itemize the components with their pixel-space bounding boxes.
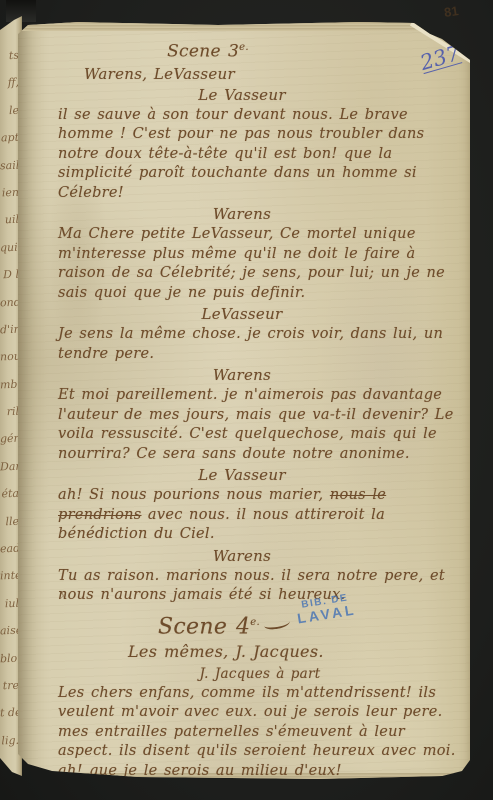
scene3-heading: Scene 3e. bbox=[6, 37, 410, 63]
dialogue-speech: Tu as raison. marions nous. il sera notr… bbox=[58, 567, 462, 606]
dialogue-speech: Je sens la même chose. je crois voir, da… bbox=[58, 325, 462, 364]
scene3-heading-ordinal: e. bbox=[239, 42, 249, 53]
manuscript-photo: tsff,leaptsailienuilquilD londd'innoumbl… bbox=[0, 0, 493, 800]
speaker-heading: Warens bbox=[40, 204, 444, 224]
corner-folio-number: 81 bbox=[443, 3, 459, 20]
margin-mark: x bbox=[60, 588, 67, 602]
stage-direction: J. Jacques à part bbox=[58, 665, 462, 683]
heading-flourish bbox=[263, 617, 290, 631]
speaker-heading: Le Vasseur bbox=[40, 465, 444, 485]
speaker-heading: LeVasseur bbox=[40, 304, 444, 324]
dialogue-speech: Ma Chere petite LeVasseur, Ce mortel uni… bbox=[58, 225, 462, 303]
manuscript-page: Scene 3e. Warens, LeVasseur Le Vasseur i… bbox=[18, 22, 470, 779]
dialogue-speech: il se sauve à son tour devant nous. Le b… bbox=[58, 106, 462, 204]
speaker-heading: Warens bbox=[40, 546, 444, 566]
handwritten-text: Scene 3e. Warens, LeVasseur Le Vasseur i… bbox=[18, 22, 470, 779]
dialogue-speech: Et moi pareillement. je n'aimerois pas d… bbox=[58, 386, 462, 464]
scene4-characters: Les mêmes, J. Jacques. bbox=[128, 641, 462, 663]
speaker-heading: Le Vasseur bbox=[40, 85, 444, 105]
scene4-heading-text: Scene 4 bbox=[158, 614, 250, 639]
scene3-heading-text: Scene 3 bbox=[167, 42, 239, 62]
speech-pre: ah! Si nous pourions nous marier, bbox=[58, 487, 330, 503]
speaker-heading: Warens bbox=[40, 365, 444, 385]
scene3-characters: Warens, LeVasseur bbox=[84, 64, 462, 84]
scene4-heading: Scene 4e. bbox=[22, 610, 426, 640]
dialogue-speech: Les chers enfans, comme ils m'attendriss… bbox=[58, 684, 462, 782]
dialogue-speech-with-correction: ah! Si nous pourions nous marier, nous l… bbox=[58, 486, 462, 545]
scene4-heading-ordinal: e. bbox=[250, 617, 260, 628]
